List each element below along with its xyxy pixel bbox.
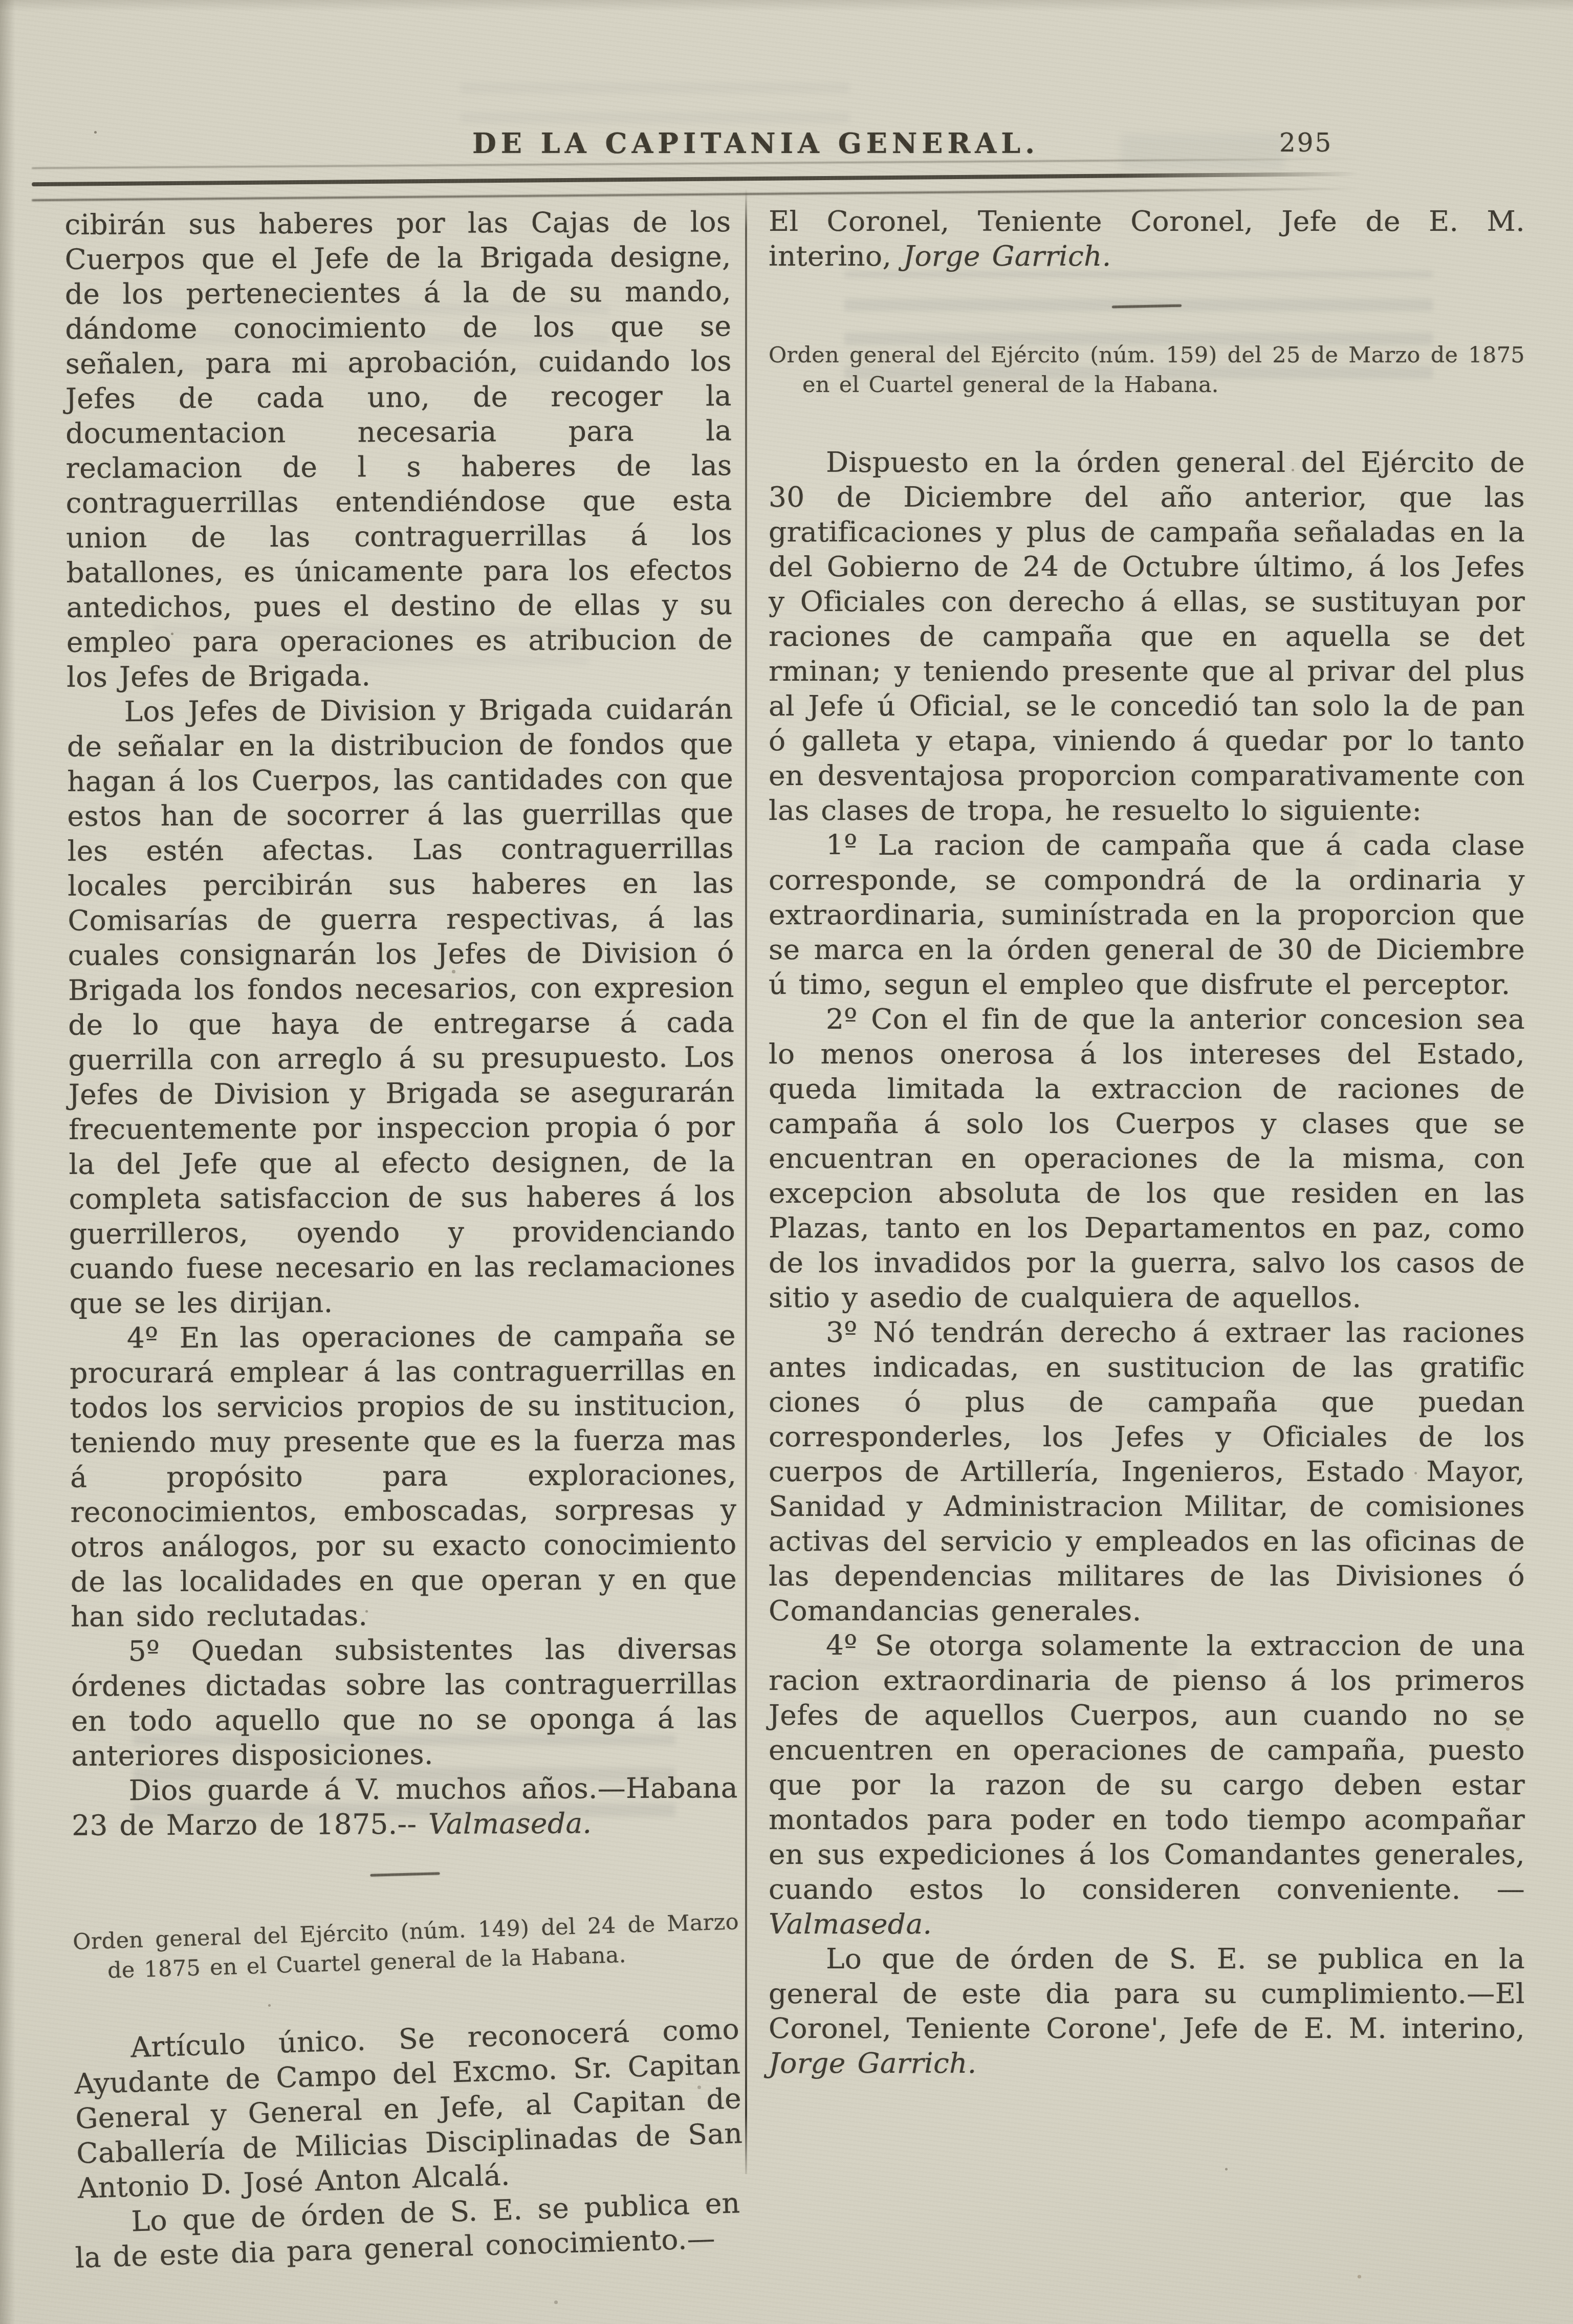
text-run: Dios guarde á V. muchos años.—Habana 23 … <box>72 1771 738 1842</box>
section-divider <box>1112 305 1182 309</box>
paragraph: Lo que de órden de S. E. se publica en l… <box>769 1941 1525 2080</box>
paragraph: 4º En las operaciones de campaña se proc… <box>70 1318 737 1634</box>
order-heading: Orden general del Ejército (núm. 149) de… <box>72 1907 740 1987</box>
bleedthrough-smudge <box>461 72 849 123</box>
text-run: Orden general del Ejército (núm. 159) de… <box>769 342 1525 398</box>
header-rule-thick <box>32 172 1358 186</box>
text-run: Orden general del Ejército (núm. 149) de… <box>72 1909 739 1984</box>
paragraph: 2º Con el fin de que la anterior concesi… <box>769 1002 1525 1315</box>
section-divider <box>370 1872 440 1876</box>
text-run: El Coronel, Teniente Coronel, Jefe de E.… <box>769 205 1525 272</box>
paragraph: Dios guarde á V. muchos años.—Habana 23 … <box>72 1770 738 1843</box>
page-edge-shadow-top <box>0 0 1573 11</box>
paragraph: El Coronel, Teniente Coronel, Jefe de E.… <box>769 204 1525 273</box>
paragraph: Dispuesto en la órden general del Ejérci… <box>769 445 1525 828</box>
paragraph: 4º Se otorga solamente la extraccion de … <box>769 1628 1525 1941</box>
text-run: cibirán sus haberes por las Cajas de los… <box>64 205 733 693</box>
text-run: Lo que de órden de S. E. se publica en l… <box>769 1942 1525 2045</box>
column-left: cibirán sus haberes por las Cajas de los… <box>64 204 739 2258</box>
header-rule-thin <box>32 188 1358 202</box>
text-run: 3º Nó tendrán derecho á extraer las raci… <box>769 1316 1525 1627</box>
paragraph: 5º Quedan subsistentes las diversas órde… <box>71 1631 737 1773</box>
header-rule-faint <box>32 158 1358 169</box>
signature-name: Jorge Garrich. <box>769 2047 977 2079</box>
page-number: 295 <box>1279 128 1332 158</box>
text-run: 4º En las operaciones de campaña se proc… <box>70 1319 737 1633</box>
signature-name: Valmaseda. <box>769 1907 932 1940</box>
text-run: Artículo único. Se reconocerá como Ayuda… <box>74 2012 743 2205</box>
signature-name: Jorge Garrich. <box>903 240 1111 272</box>
paragraph: 3º Nó tendrán derecho á extraer las raci… <box>769 1315 1525 1628</box>
text-run: 1º La racion de campaña que á cada clase… <box>769 829 1525 1001</box>
column-divider-rule <box>745 188 747 2174</box>
text-run: 5º Quedan subsistentes las diversas órde… <box>71 1632 738 1772</box>
document-page: DE LA CAPITANIA GENERAL. 295 cibirán sus… <box>0 0 1573 2324</box>
text-run: Dispuesto en la órden general del Ejérci… <box>769 446 1525 827</box>
text-run: 4º Se otorga solamente la extraccion de … <box>769 1629 1525 1905</box>
page-edge-shadow <box>0 0 15 2324</box>
paragraph: Artículo único. Se reconocerá como Ayuda… <box>73 2011 744 2206</box>
order-heading: Orden general del Ejército (núm. 159) de… <box>769 340 1525 400</box>
text-run: 2º Con el fin de que la anterior concesi… <box>769 1003 1525 1314</box>
paragraph: 1º La racion de campaña que á cada clase… <box>769 828 1525 1002</box>
column-right: El Coronel, Teniente Coronel, Jefe de E.… <box>769 204 1525 2080</box>
signature-name: Valmaseda. <box>428 1807 592 1840</box>
text-run: Los Jefes de Division y Brigada cuidarán… <box>67 692 736 1320</box>
paragraph: Los Jefes de Division y Brigada cuidarán… <box>67 691 735 1321</box>
paragraph: cibirán sus haberes por las Cajas de los… <box>64 204 733 694</box>
